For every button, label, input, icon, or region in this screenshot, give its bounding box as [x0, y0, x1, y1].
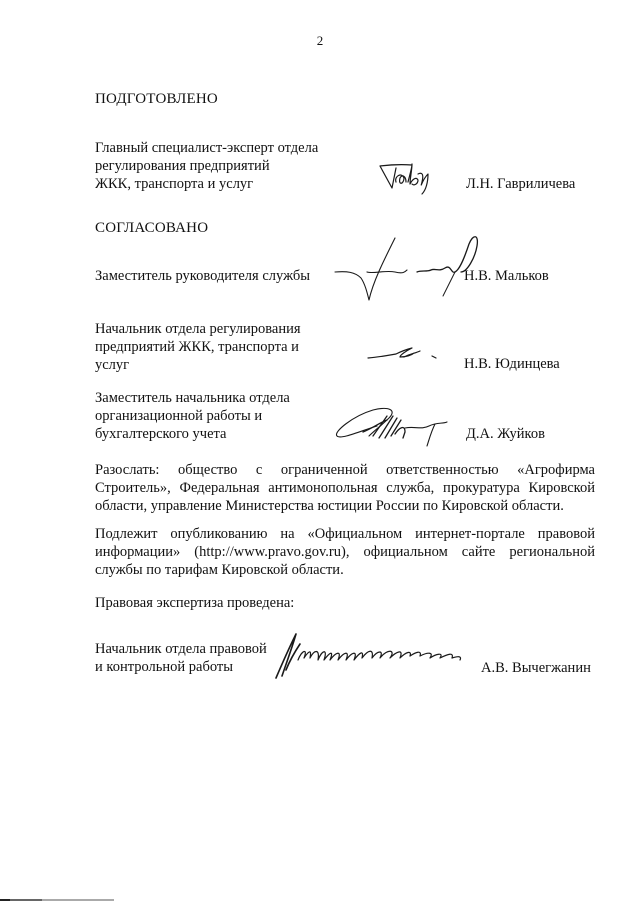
prepared-position: Главный специалист-эксперт отдела регули…: [95, 139, 318, 193]
signatory-yudintseva-name: Н.В. Юдинцева: [464, 356, 560, 373]
signatory-malkov-name: Н.В. Мальков: [464, 268, 549, 285]
signatory-zhuikov-position: Заместитель начальника отдела организаци…: [95, 389, 290, 443]
publication-line: информации» (http://www.pravo.gov.ru), о…: [95, 543, 595, 561]
legal-review-position: Начальник отдела правовой и контрольной …: [95, 640, 267, 676]
legal-review-statement: Правовая экспертиза проведена:: [95, 594, 294, 612]
prepared-heading: ПОДГОТОВЛЕНО: [95, 91, 218, 108]
distribution-line: Строитель», Федеральная антимонопольная …: [95, 479, 595, 497]
position-line: Начальник отдела регулирования: [95, 320, 301, 338]
signatory-malkov-position: Заместитель руководителя службы: [95, 267, 310, 285]
signature-vychegzhanin-icon: [272, 630, 472, 680]
signature-gavrilicheva-icon: [378, 160, 448, 196]
position-line: Заместитель руководителя службы: [95, 267, 310, 285]
position-line: и контрольной работы: [95, 658, 267, 676]
distribution-paragraph: Разослать: общество с ограниченной ответ…: [95, 461, 595, 515]
prepared-position-line: ЖКК, транспорта и услуг: [95, 175, 318, 193]
position-line: Начальник отдела правовой: [95, 640, 267, 658]
publication-paragraph: Подлежит опубликованию на «Официальном и…: [95, 525, 595, 579]
position-line: бухгалтерского учета: [95, 425, 290, 443]
prepared-name: Л.Н. Гавриличева: [466, 176, 575, 193]
prepared-position-line: Главный специалист-эксперт отдела: [95, 139, 318, 157]
signatory-yudintseva-position: Начальник отдела регулирования предприят…: [95, 320, 301, 374]
signature-yudintseva-icon: [366, 345, 446, 365]
distribution-line: Разослать: общество с ограниченной ответ…: [95, 461, 595, 479]
position-line: услуг: [95, 356, 301, 374]
distribution-line: области, управление Министерства юстиции…: [95, 497, 595, 515]
agreed-heading: СОГЛАСОВАНО: [95, 220, 208, 237]
publication-line: Подлежит опубликованию на «Официальном и…: [95, 525, 595, 543]
position-line: Заместитель начальника отдела: [95, 389, 290, 407]
position-line: организационной работы и: [95, 407, 290, 425]
page-number: 2: [0, 33, 640, 49]
signature-zhuikov-icon: [333, 402, 463, 450]
legal-review-name: А.В. Вычегжанин: [481, 660, 591, 677]
publication-line: службы по тарифам Кировской области.: [95, 561, 595, 579]
prepared-position-line: регулирования предприятий: [95, 157, 318, 175]
signature-malkov-icon: [333, 232, 483, 307]
footer-rule: [0, 899, 114, 901]
signatory-zhuikov-name: Д.А. Жуйков: [466, 426, 545, 443]
position-line: предприятий ЖКК, транспорта и: [95, 338, 301, 356]
